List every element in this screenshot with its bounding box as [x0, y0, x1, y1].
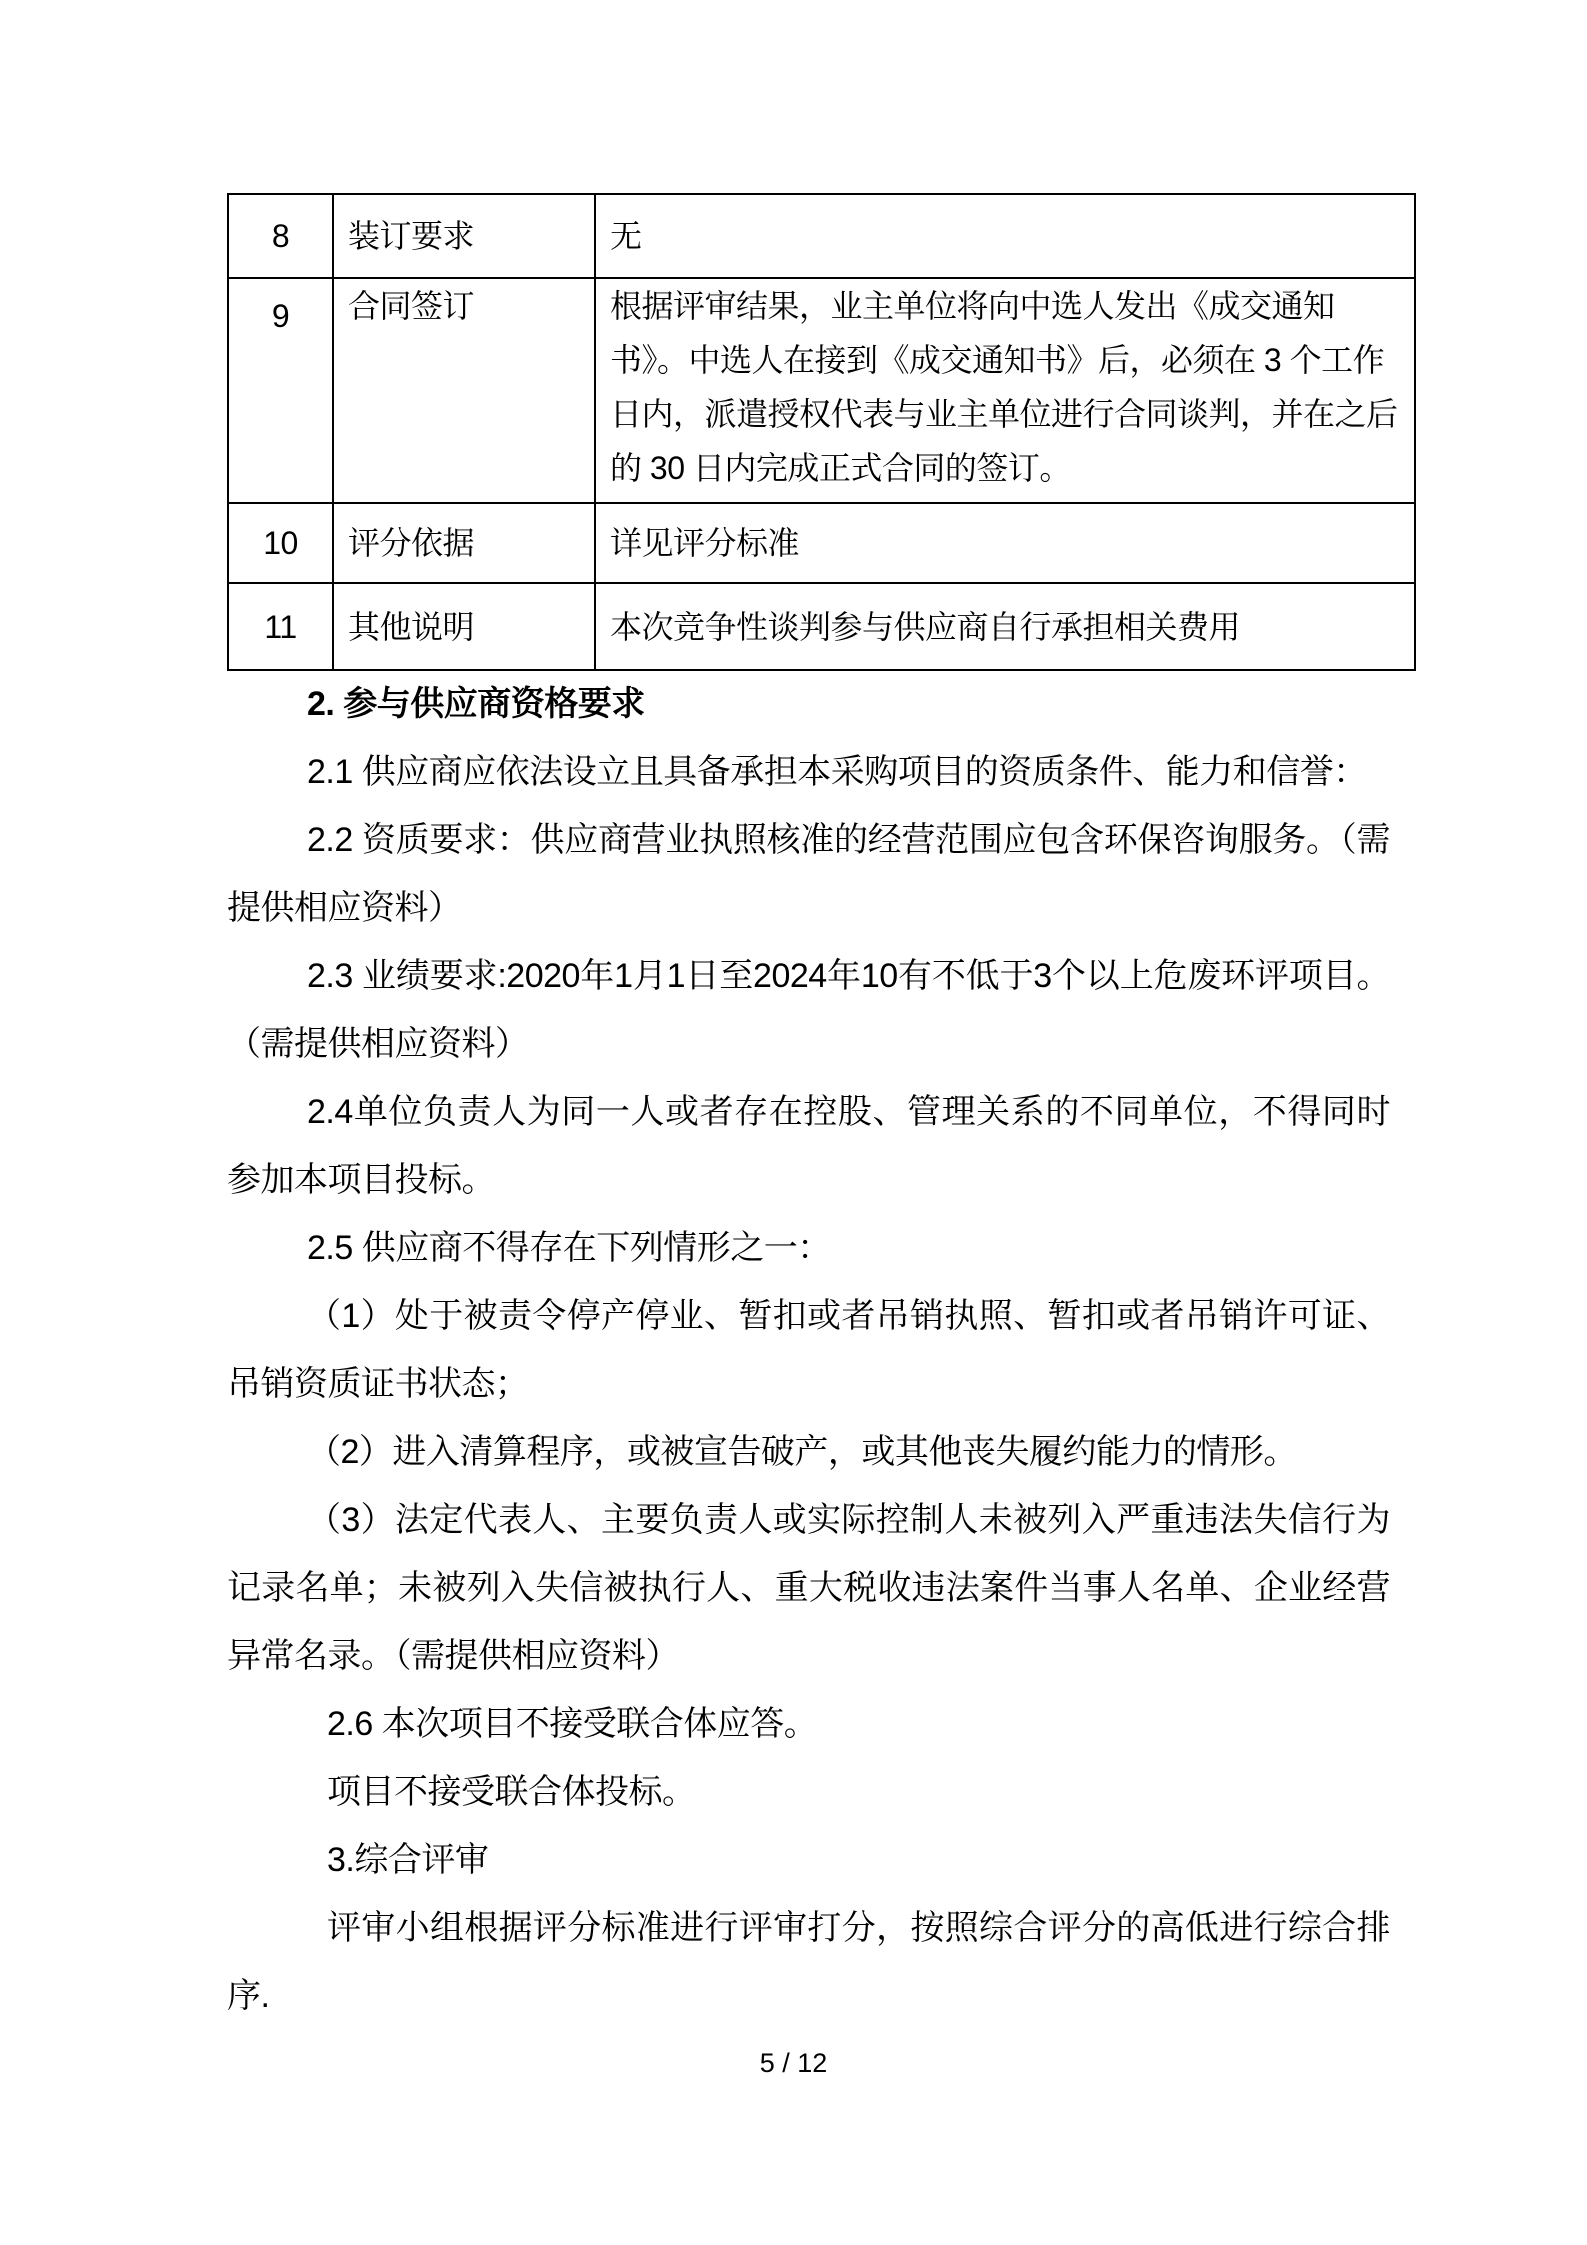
paragraph: 项目不接受联合体投标。 — [227, 1758, 1390, 1826]
project-info-table: 8 装订要求 无 9 合同签订 根据评审结果，业主单位将向中选人发出《成交通知书… — [227, 193, 1416, 671]
section-heading: 2. 参与供应商资格要求 — [227, 670, 1390, 738]
row-label: 其他说明 — [333, 583, 595, 670]
document-page: 8 装订要求 无 9 合同签订 根据评审结果，业主单位将向中选人发出《成交通知书… — [0, 0, 1587, 2245]
paragraph: 3.综合评审 — [227, 1826, 1390, 1894]
row-label: 评分依据 — [333, 503, 595, 583]
row-number: 11 — [228, 583, 333, 670]
row-content: 根据评审结果，业主单位将向中选人发出《成交通知书》。中选人在接到《成交通知书》后… — [595, 278, 1415, 503]
paragraph: 2.5 供应商不得存在下列情形之一： — [227, 1214, 1390, 1282]
document-body: 2. 参与供应商资格要求2.1 供应商应依法设立且具备承担本采购项目的资质条件、… — [227, 670, 1390, 2030]
paragraph: （2）进入清算程序，或被宣告破产，或其他丧失履约能力的情形。 — [227, 1418, 1390, 1486]
row-number: 10 — [228, 503, 333, 583]
paragraph: 评审小组根据评分标准进行评审打分，按照综合评分的高低进行综合排序. — [227, 1894, 1390, 2030]
row-content: 详见评分标准 — [595, 503, 1415, 583]
paragraph: （1）处于被责令停产停业、暂扣或者吊销执照、暂扣或者吊销许可证、吊销资质证书状态… — [227, 1282, 1390, 1418]
row-number: 9 — [228, 278, 333, 503]
paragraph: 2.3 业绩要求:2020年1月1日至2024年10有不低于3个以上危废环评项目… — [227, 942, 1390, 1078]
table-row: 11 其他说明 本次竞争性谈判参与供应商自行承担相关费用 — [228, 583, 1415, 670]
table-row: 9 合同签订 根据评审结果，业主单位将向中选人发出《成交通知书》。中选人在接到《… — [228, 278, 1415, 503]
row-number: 8 — [228, 194, 333, 278]
paragraph: 2.2 资质要求：供应商营业执照核准的经营范围应包含环保咨询服务。（需提供相应资… — [227, 806, 1390, 942]
paragraph: 2.6 本次项目不接受联合体应答。 — [227, 1690, 1390, 1758]
paragraph: （3）法定代表人、主要负责人或实际控制人未被列入严重违法失信行为记录名单；未被列… — [227, 1486, 1390, 1690]
row-content: 无 — [595, 194, 1415, 278]
paragraph: 2.1 供应商应依法设立且具备承担本采购项目的资质条件、能力和信誉： — [227, 738, 1390, 806]
table-row: 8 装订要求 无 — [228, 194, 1415, 278]
paragraph: 2.4单位负责人为同一人或者存在控股、管理关系的不同单位，不得同时参加本项目投标… — [227, 1078, 1390, 1214]
table-row: 10 评分依据 详见评分标准 — [228, 503, 1415, 583]
row-label: 合同签订 — [333, 278, 595, 503]
row-content: 本次竞争性谈判参与供应商自行承担相关费用 — [595, 583, 1415, 670]
row-label: 装订要求 — [333, 194, 595, 278]
page-number: 5 / 12 — [0, 2048, 1587, 2079]
